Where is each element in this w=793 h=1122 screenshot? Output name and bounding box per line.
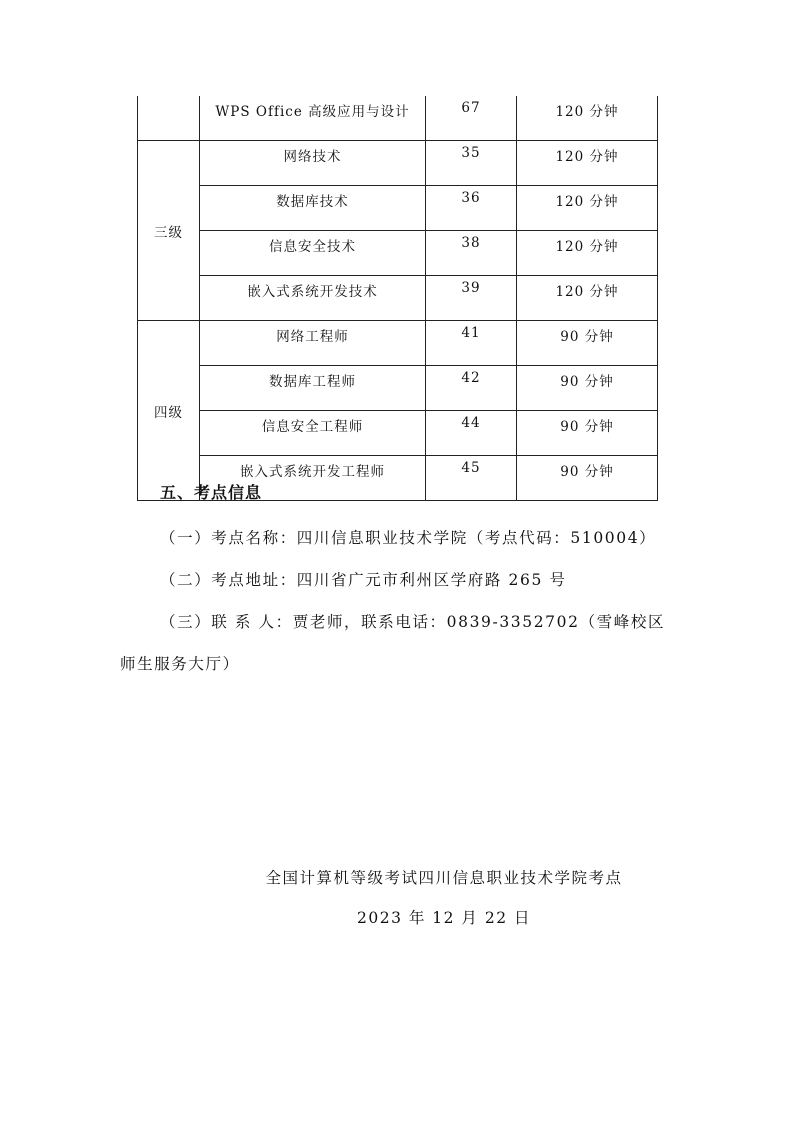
venue-address: （二）考点地址：四川省广元市利州区学府路 265 号 [160, 568, 567, 590]
subject-cell: 网络技术 [200, 141, 426, 186]
subject-cell: 信息安全技术 [200, 231, 426, 276]
code-cell: 39 [426, 276, 517, 321]
subject-cell: WPS Office 高级应用与设计 [200, 96, 426, 141]
table-row: 嵌入式系统开发技术 39 120 分钟 [138, 276, 658, 321]
contact-info: （三）联 系 人：贾老师，联系电话：0839-3352702（雪峰校区 [160, 610, 665, 632]
issue-date: 2023 年 12 月 22 日 [0, 906, 793, 928]
duration-cell: 120 分钟 [517, 231, 658, 276]
level-cell: 三级 [138, 141, 200, 321]
exam-subject-table: WPS Office 高级应用与设计 67 120 分钟 三级 网络技术 35 … [137, 96, 657, 501]
code-cell: 67 [426, 96, 517, 141]
duration-cell: 90 分钟 [517, 456, 658, 501]
duration-cell: 120 分钟 [517, 186, 658, 231]
table-row: 三级 网络技术 35 120 分钟 [138, 141, 658, 186]
table-row: 数据库工程师 42 90 分钟 [138, 366, 658, 411]
contact-info-continued: 师生服务大厅） [120, 652, 240, 674]
table-row: 四级 网络工程师 41 90 分钟 [138, 321, 658, 366]
subject-cell: 数据库技术 [200, 186, 426, 231]
section-heading: 五、考点信息 [160, 480, 262, 503]
code-cell: 44 [426, 411, 517, 456]
code-cell: 45 [426, 456, 517, 501]
duration-cell: 90 分钟 [517, 321, 658, 366]
table-row: WPS Office 高级应用与设计 67 120 分钟 [138, 96, 658, 141]
venue-name: （一）考点名称：四川信息职业技术学院（考点代码：510004） [160, 526, 656, 548]
subject-cell: 网络工程师 [200, 321, 426, 366]
subject-cell: 信息安全工程师 [200, 411, 426, 456]
level-cell: 四级 [138, 321, 200, 501]
table-row: 信息安全工程师 44 90 分钟 [138, 411, 658, 456]
issuing-organization: 全国计算机等级考试四川信息职业技术学院考点 [0, 866, 793, 888]
code-cell: 42 [426, 366, 517, 411]
duration-cell: 90 分钟 [517, 366, 658, 411]
duration-cell: 90 分钟 [517, 411, 658, 456]
code-cell: 35 [426, 141, 517, 186]
table-row: 数据库技术 36 120 分钟 [138, 186, 658, 231]
table-row: 信息安全技术 38 120 分钟 [138, 231, 658, 276]
duration-cell: 120 分钟 [517, 141, 658, 186]
exam-table: WPS Office 高级应用与设计 67 120 分钟 三级 网络技术 35 … [137, 96, 658, 501]
subject-cell: 嵌入式系统开发技术 [200, 276, 426, 321]
code-cell: 36 [426, 186, 517, 231]
duration-cell: 120 分钟 [517, 276, 658, 321]
duration-cell: 120 分钟 [517, 96, 658, 141]
code-cell: 41 [426, 321, 517, 366]
level-cell [138, 96, 200, 141]
code-cell: 38 [426, 231, 517, 276]
subject-cell: 数据库工程师 [200, 366, 426, 411]
